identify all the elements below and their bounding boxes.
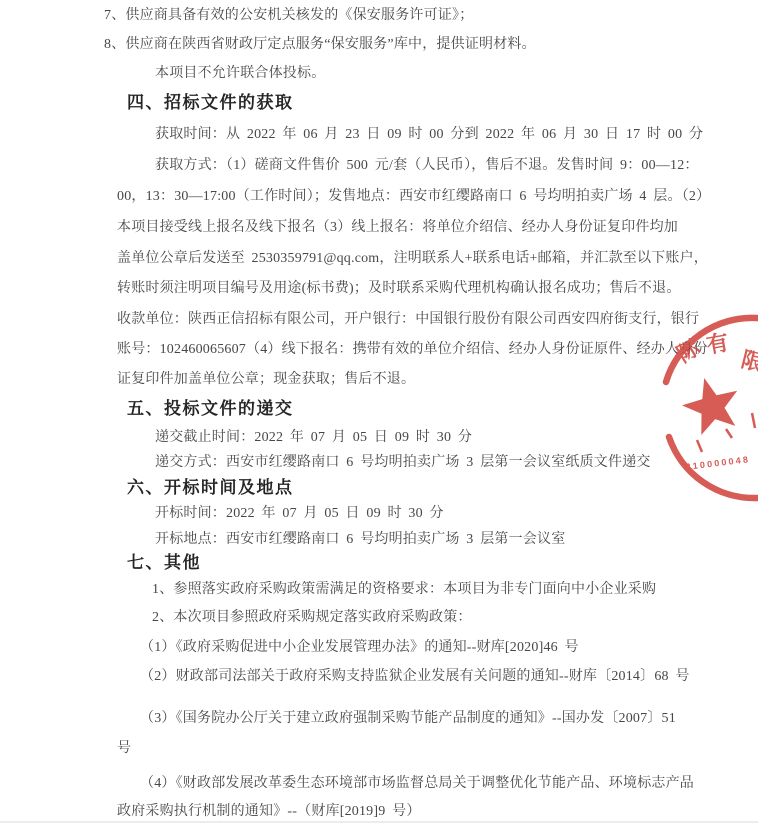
doc-line-ref-3: （3）《国务院办公厅关于建立政府强制采购节能产品制度的通知》--国办发〔2007… xyxy=(140,711,676,727)
seal-star-icon xyxy=(682,378,737,435)
section-heading-others: 七、其他 xyxy=(127,554,201,573)
doc-line-item-8: 8、供应商在陕西省财政厅定点服务“保安服务”库中，提供证明材料。 xyxy=(104,37,536,53)
doc-line-submit-method: 递交方式：西安市红缨路南口 6 号均明拍卖广场 3 层第一会议室纸质文件递交 xyxy=(155,455,651,471)
doc-line: 证复印件加盖单位公章；现金获取；售后不退。 xyxy=(117,372,415,388)
doc-line-policy-1: 1、参照落实政府采购政策需满足的资格要求：本项目为非专门面向中小企业采购 xyxy=(152,582,656,598)
doc-line-acquire-method: 获取方式：（1）磋商文件售价 500 元/套（人民币），售后不退。发售时间 9：… xyxy=(155,158,699,174)
doc-line: 转账时须注明项目编号及用途(标书费)；及时联系采购代理机构确认报名成功；售后不退… xyxy=(117,281,681,297)
section-heading-opening-time-place: 六、开标时间及地点 xyxy=(127,479,294,498)
section-heading-doc-acquisition: 四、招标文件的获取 xyxy=(127,94,294,113)
seal-arc-characters: 际 有 限 xyxy=(672,329,758,376)
doc-line-ref-2: （2）财政部司法部关于政府采购支持监狱企业发展有关问题的通知--财库〔2014〕… xyxy=(140,669,690,685)
section-heading-bid-submission: 五、投标文件的递交 xyxy=(127,400,294,419)
doc-line-payee: 收款单位：陕西正信招标有限公司，开户银行：中国银行股份有限公司西安四府街支行，银… xyxy=(117,312,699,328)
doc-line-ref-4-cont: 政府采购执行机制的通知》--（财库[2019]9 号） xyxy=(117,804,421,820)
doc-line: 本项目接受线上报名及线下报名（3）线上报名：将单位介绍信、经办人身份证复印件均加 xyxy=(117,220,678,236)
doc-line-item-7: 7、供应商具备有效的公安机关核发的《保安服务许可证》； xyxy=(104,8,473,24)
doc-line-submit-deadline: 递交截止时间：2022 年 07 月 05 日 09 时 30 分 xyxy=(155,430,472,446)
doc-line-email: 盖单位公章后发送至 2530359791@qq.com，注明联系人+联系电话+邮… xyxy=(117,251,708,267)
document-page: 7、供应商具备有效的公安机关核发的《保安服务许可证》； 8、供应商在陕西省财政厅… xyxy=(0,0,758,821)
doc-line-ref-3-cont: 号 xyxy=(117,741,131,757)
doc-line-opening-time: 开标时间：2022 年 07 月 05 日 09 时 30 分 xyxy=(155,506,444,522)
doc-line-acquire-time: 获取时间：从 2022 年 06 月 23 日 09 时 00 分到 2022 … xyxy=(155,127,703,143)
seal-serial-number: 810000048 xyxy=(685,454,751,472)
seal-char-2: 有 xyxy=(705,329,731,357)
red-seal-stamp: 际 有 限 810000048 xyxy=(640,310,758,510)
doc-line-opening-place: 开标地点：西安市红缨路南口 6 号均明拍卖广场 3 层第一会议室 xyxy=(155,532,565,548)
doc-line-ref-1: （1）《政府采购促进中小企业发展管理办法》的通知--财库[2020]46 号 xyxy=(140,640,579,656)
doc-line-ref-4: （4）《财政部发展改革委生态环境部市场监督总局关于调整优化节能产品、环境标志产品 xyxy=(140,776,694,792)
doc-line-policy-2: 2、本次项目参照政府采购规定落实政府采购政策： xyxy=(152,610,472,626)
seal-char-3-partial: 限 xyxy=(739,347,758,377)
doc-line: 00，13：30—17:00（工作时间）；发售地点：西安市红缨路南口 6 号均明… xyxy=(117,189,710,205)
doc-line-no-consortium: 本项目不允许联合体投标。 xyxy=(155,66,325,82)
doc-line-account-number: 账号：102460065607（4）线下报名：携带有效的单位介绍信、经办人身份证… xyxy=(117,342,708,358)
